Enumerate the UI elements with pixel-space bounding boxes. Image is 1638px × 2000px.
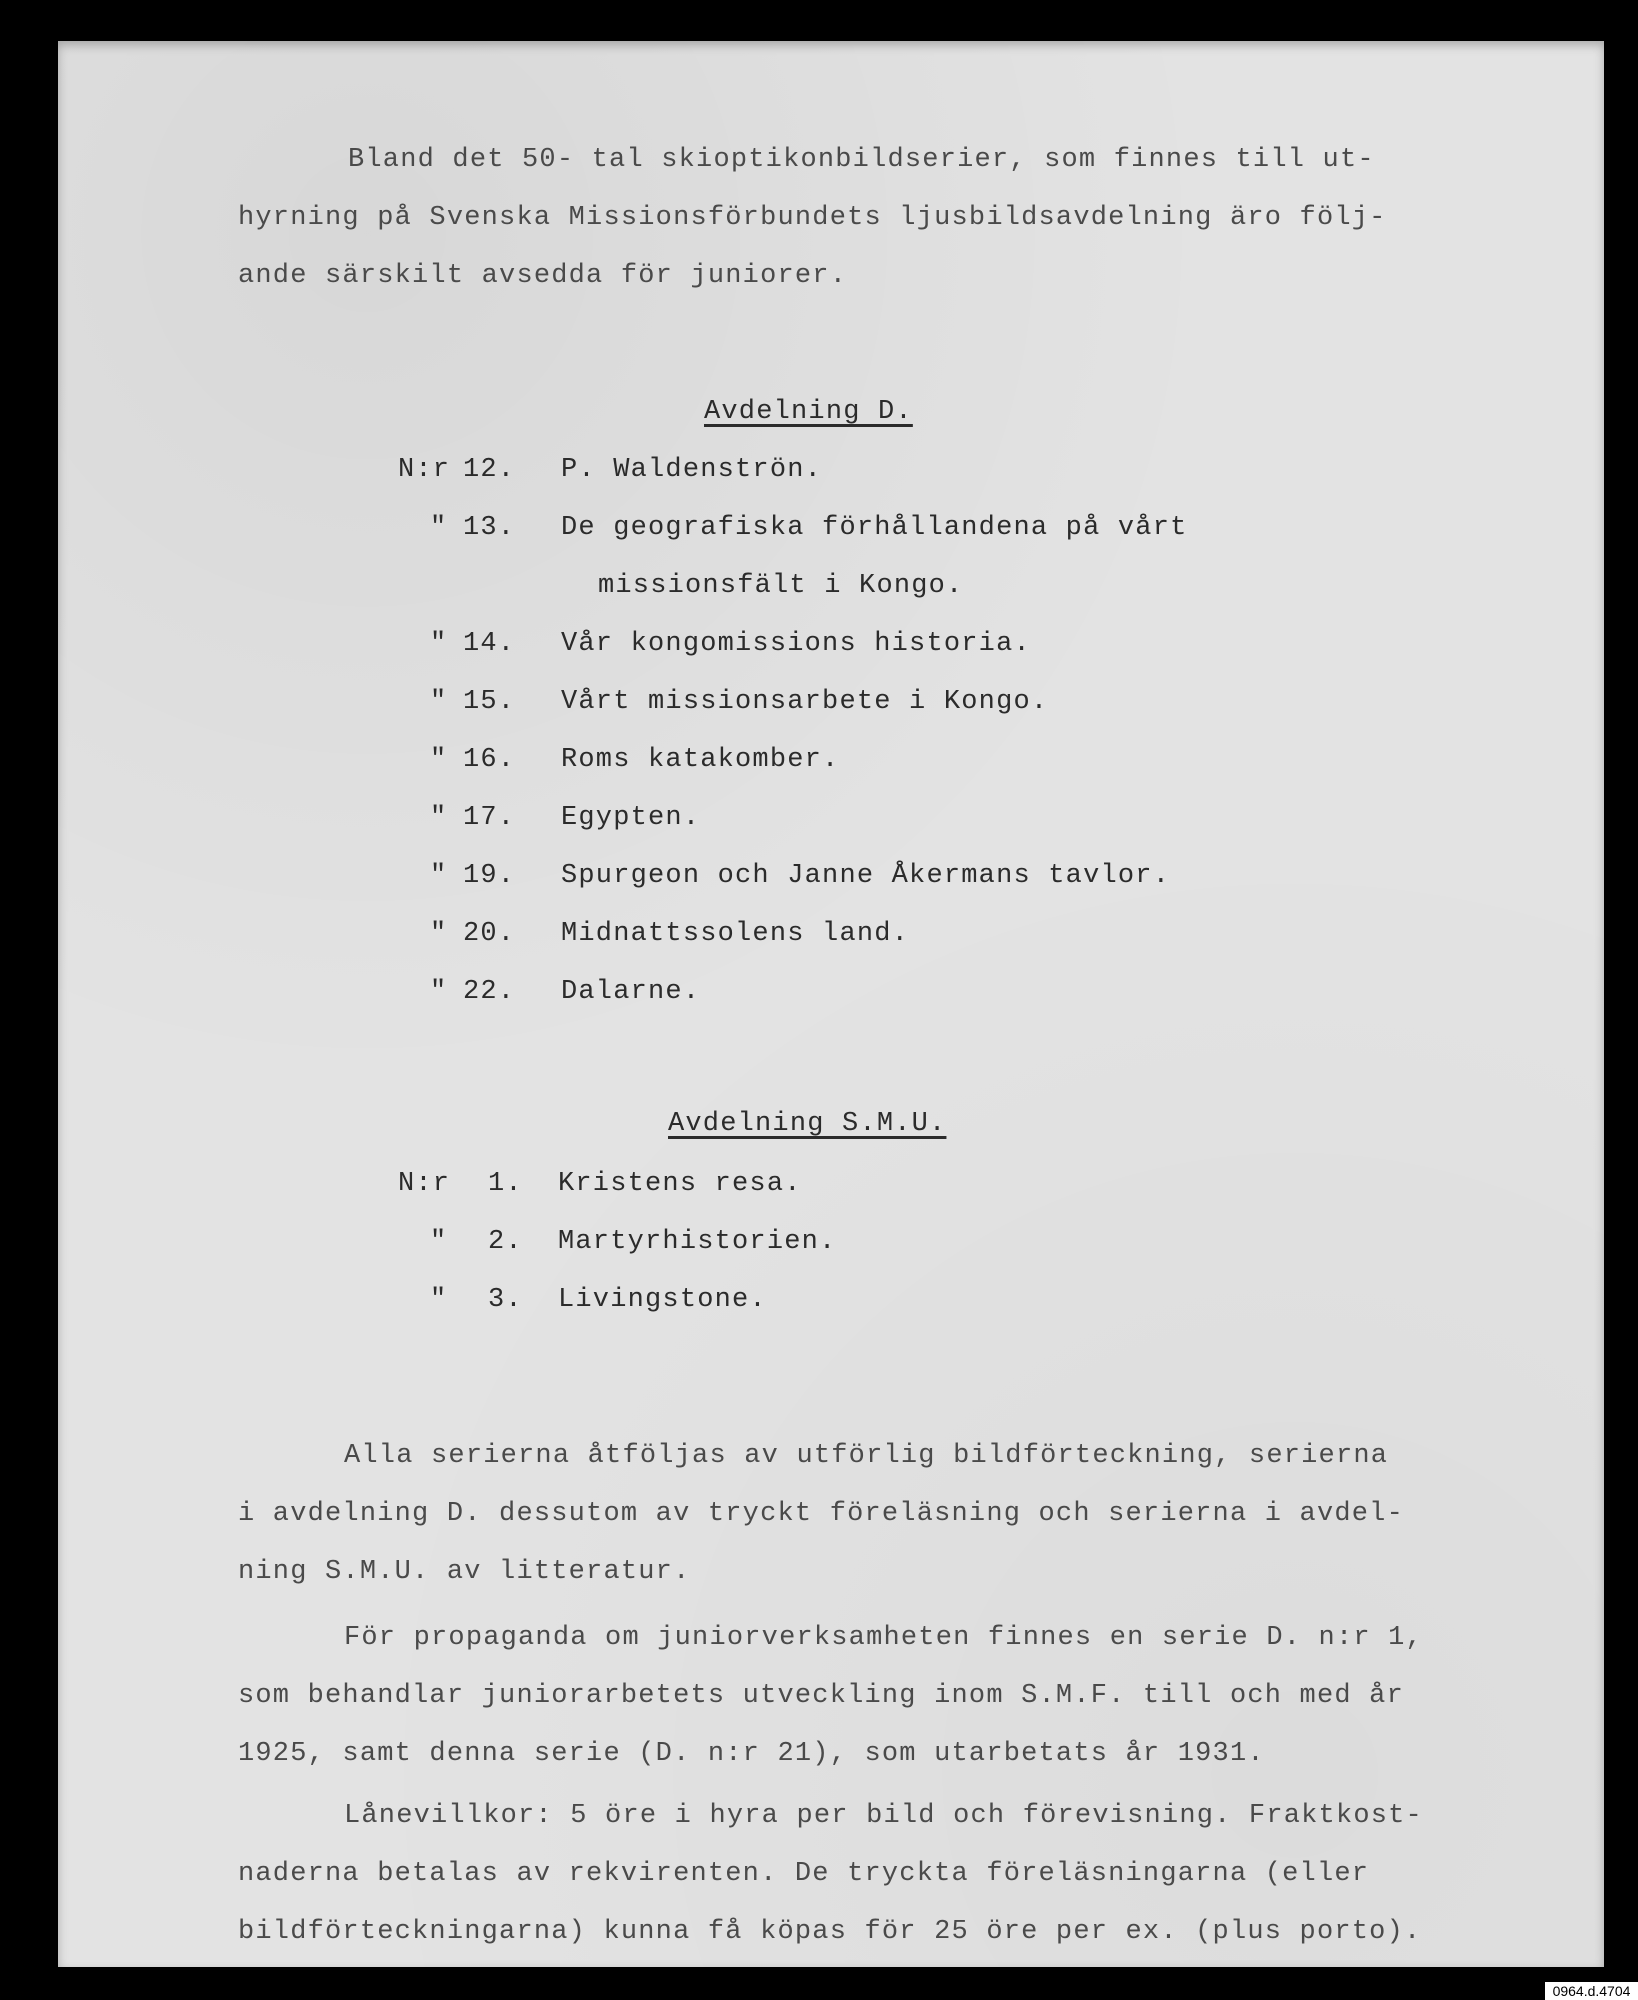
item-prefix: " (430, 629, 447, 659)
item-title-continuation: missionsfält i Kongo. (598, 571, 963, 601)
item-prefix: " (430, 861, 447, 891)
item-title: Egypten. (561, 803, 700, 833)
item-number: 13. (463, 513, 515, 543)
closing-p2-line-1: För propaganda om juniorverksamheten fin… (344, 1623, 1423, 1653)
closing-p2-line-2: som behandlar juniorarbetets utveckling … (238, 1681, 1404, 1711)
intro-line-3: ande särskilt avsedda för juniorer. (238, 261, 847, 291)
item-prefix: " (430, 919, 447, 949)
item-title: P. Waldenströn. (561, 455, 822, 485)
item-title: Livingstone. (558, 1285, 767, 1315)
item-title: Roms katakomber. (561, 745, 839, 775)
item-prefix: " (430, 1227, 447, 1257)
closing-p1-line-2: i avdelning D. dessutom av tryckt förelä… (238, 1499, 1404, 1529)
item-title: De geografiska förhållandena på vårt (561, 513, 1188, 543)
closing-p1-line-3: ning S.M.U. av litteratur. (238, 1557, 690, 1587)
closing-p1-line-1: Alla serierna åtföljas av utförlig bildf… (344, 1441, 1388, 1471)
intro-line-2: hyrning på Svenska Missionsförbundets lj… (238, 203, 1387, 233)
item-title: Dalarne. (561, 977, 700, 1007)
item-number: 3. (488, 1285, 523, 1315)
item-number: 16. (463, 745, 515, 775)
item-title: Kristens resa. (558, 1169, 802, 1199)
item-prefix: " (430, 1285, 447, 1315)
item-prefix: N:r (398, 1169, 450, 1199)
closing-p3-line-2: naderna betalas av rekvirenten. De tryck… (238, 1859, 1369, 1889)
item-title: Vårt missionsarbete i Kongo. (561, 687, 1048, 717)
item-number: 17. (463, 803, 515, 833)
intro-line-1: Bland det 50- tal skioptikonbildserier, … (348, 145, 1375, 175)
item-number: 14. (463, 629, 515, 659)
item-number: 22. (463, 977, 515, 1007)
item-number: 2. (488, 1227, 523, 1257)
item-title: Spurgeon och Janne Åkermans tavlor. (561, 861, 1170, 891)
item-title: Vår kongomissions historia. (561, 629, 1031, 659)
section-d-heading: Avdelning D. (704, 397, 913, 427)
closing-p2-line-3: 1925, samt denna serie (D. n:r 21), som … (238, 1739, 1265, 1769)
item-prefix: " (430, 513, 447, 543)
item-prefix: " (430, 687, 447, 717)
typewritten-document-page: Bland det 50- tal skioptikonbildserier, … (58, 41, 1604, 1967)
item-number: 1. (488, 1169, 523, 1199)
closing-p3-line-1: Lånevillkor: 5 öre i hyra per bild och f… (344, 1801, 1423, 1831)
item-prefix: " (430, 803, 447, 833)
item-prefix: N:r (398, 455, 450, 485)
closing-p3-line-3: bildförteckningarna) kunna få köpas för … (238, 1917, 1421, 1947)
item-title: Midnattssolens land. (561, 919, 909, 949)
item-number: 15. (463, 687, 515, 717)
item-prefix: " (430, 977, 447, 1007)
item-title: Martyrhistorien. (558, 1227, 836, 1257)
section-smu-heading: Avdelning S.M.U. (668, 1109, 946, 1139)
item-number: 19. (463, 861, 515, 891)
catalog-number-label: 0964.d.4704 (1545, 1982, 1638, 2000)
item-number: 20. (463, 919, 515, 949)
item-prefix: " (430, 745, 447, 775)
item-number: 12. (463, 455, 515, 485)
